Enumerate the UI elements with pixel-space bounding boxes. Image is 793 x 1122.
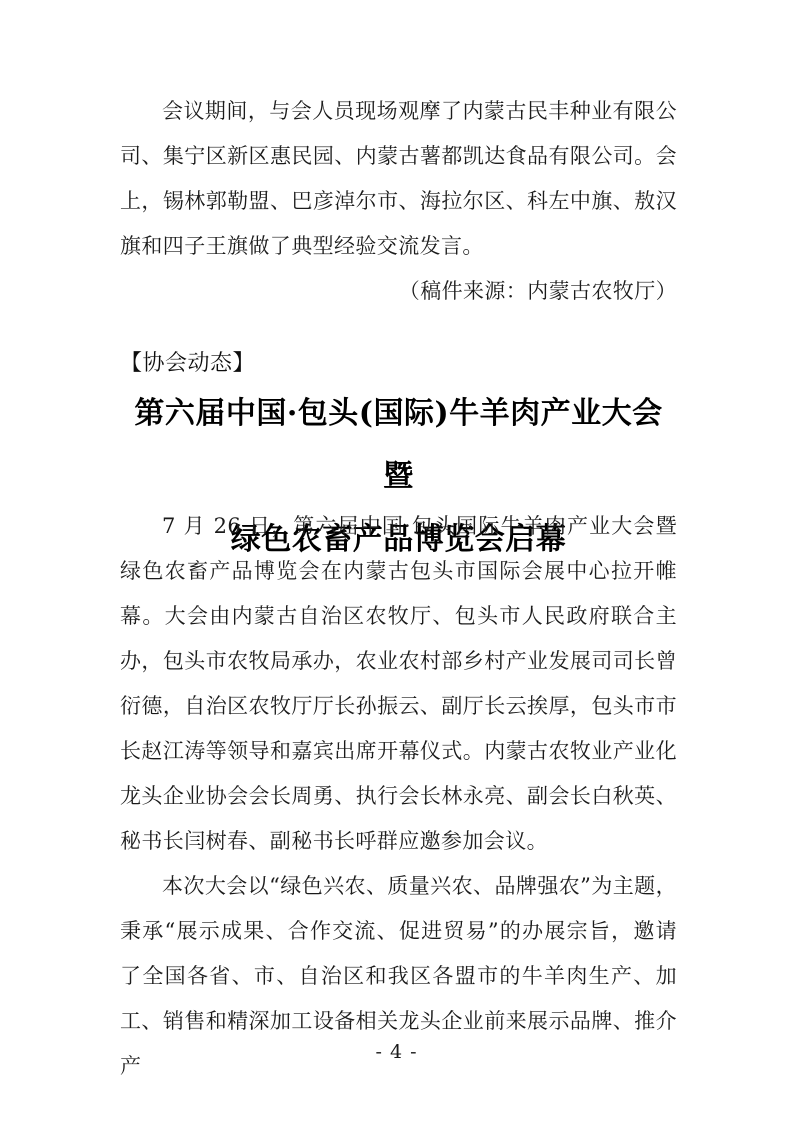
article-headline-line1: 第六届中国·包头(国际)牛羊肉产业大会暨 — [120, 382, 677, 508]
previous-article-closing-paragraph: 会议期间，与会人员现场观摩了内蒙古民丰种业有限公司、集宁区新区惠民园、内蒙古薯都… — [120, 89, 677, 269]
page-number: - 4 - — [0, 1040, 793, 1064]
document-page: 会议期间，与会人员现场观摩了内蒙古民丰种业有限公司、集宁区新区惠民园、内蒙古薯都… — [0, 0, 793, 1122]
section-header-association-news: 【协会动态】 — [120, 349, 255, 379]
source-credit-line: （稿件来源：内蒙古农牧厅） — [120, 269, 677, 314]
article-paragraph-1: 7 月 26 日，第六届中国·包头国际牛羊肉产业大会暨绿色农畜产品博览会在内蒙古… — [120, 504, 677, 864]
